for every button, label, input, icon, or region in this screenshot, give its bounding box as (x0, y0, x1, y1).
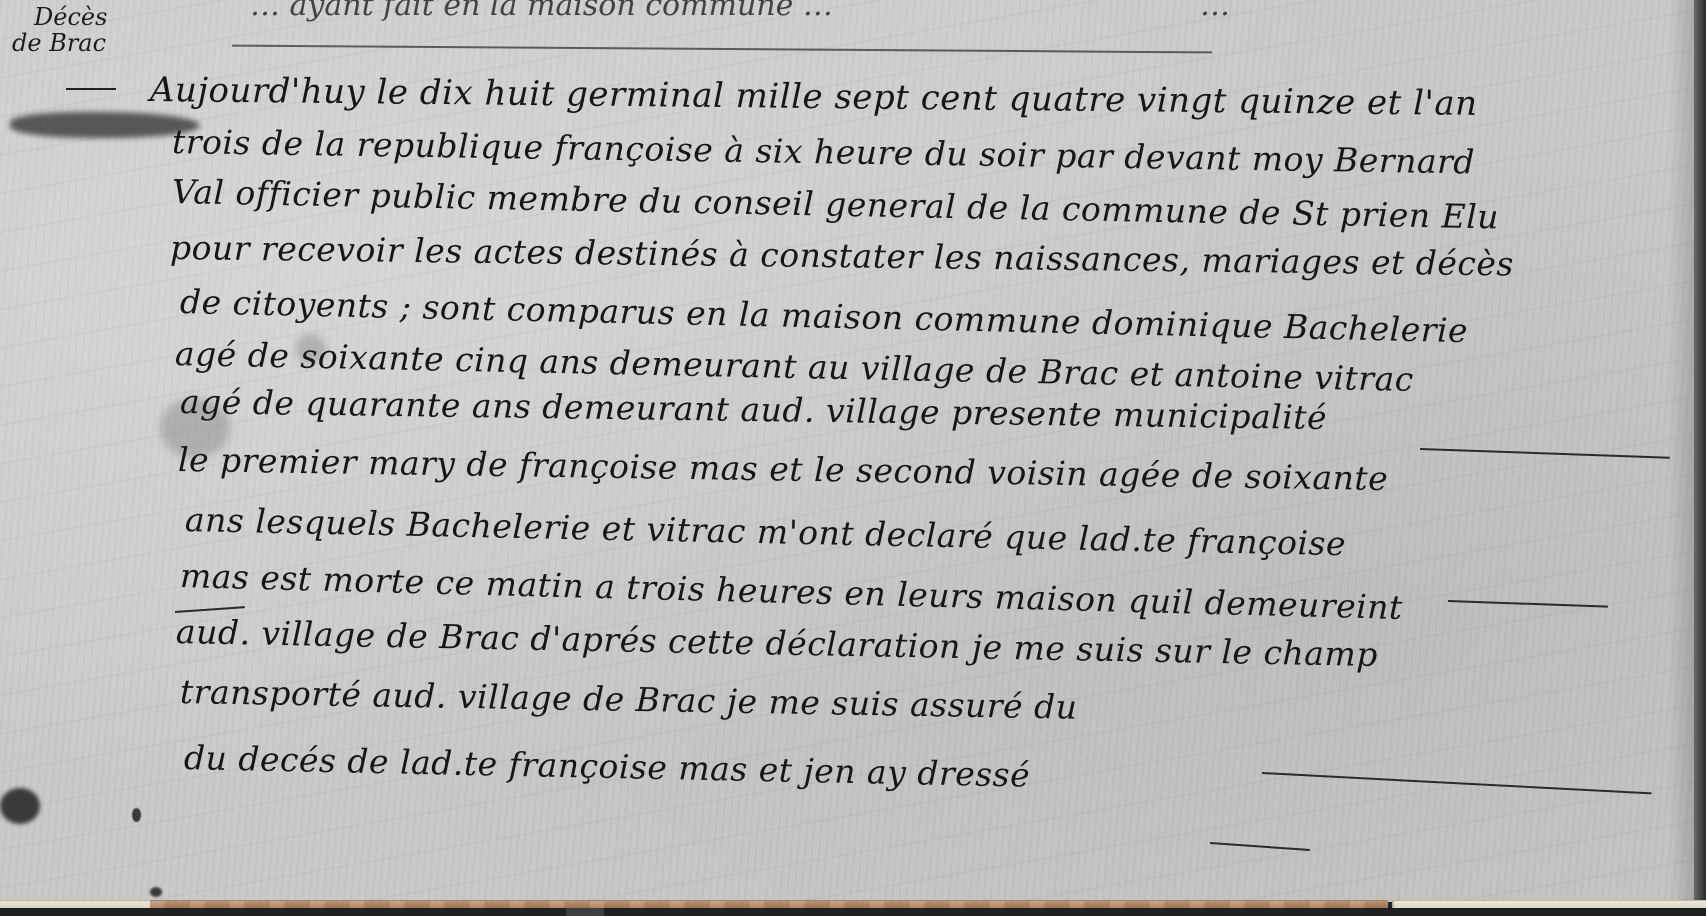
filmstrip-bar[interactable] (0, 900, 1706, 908)
horizontal-scrollbar[interactable] (0, 908, 1706, 916)
page-edge (1694, 0, 1706, 902)
continuation-line (1210, 842, 1310, 851)
record-line: le premier mary de françoise mas et le s… (178, 440, 1389, 498)
page-edge-shadow (1668, 0, 1694, 902)
record-line: du decés de lad.te françoise mas et jen … (184, 738, 1031, 795)
record-line: Aujourd'huy le dix huit germinal mille s… (150, 70, 1478, 124)
record-line: trois de la republique françoise à six h… (172, 122, 1476, 181)
document-viewer: … ayant fait en la maison commune … … Dé… (0, 0, 1706, 916)
continuation-line (1420, 448, 1670, 459)
record-line: ans lesquels Bachelerie et vitrac m'ont … (185, 500, 1347, 563)
continuation-line (1262, 772, 1652, 794)
record-line: Val officier public membre du conseil ge… (172, 172, 1500, 236)
record-line: pour recevoir les actes destinés à const… (170, 228, 1514, 283)
scrollbar-thumb[interactable] (566, 908, 604, 916)
record-line: transporté aud. village de Brac je me su… (180, 672, 1078, 727)
name-underline (1448, 600, 1608, 608)
scanned-page: … ayant fait en la maison commune … … Dé… (0, 0, 1706, 902)
record-text: Aujourd'huy le dix huit germinal mille s… (0, 0, 1706, 902)
